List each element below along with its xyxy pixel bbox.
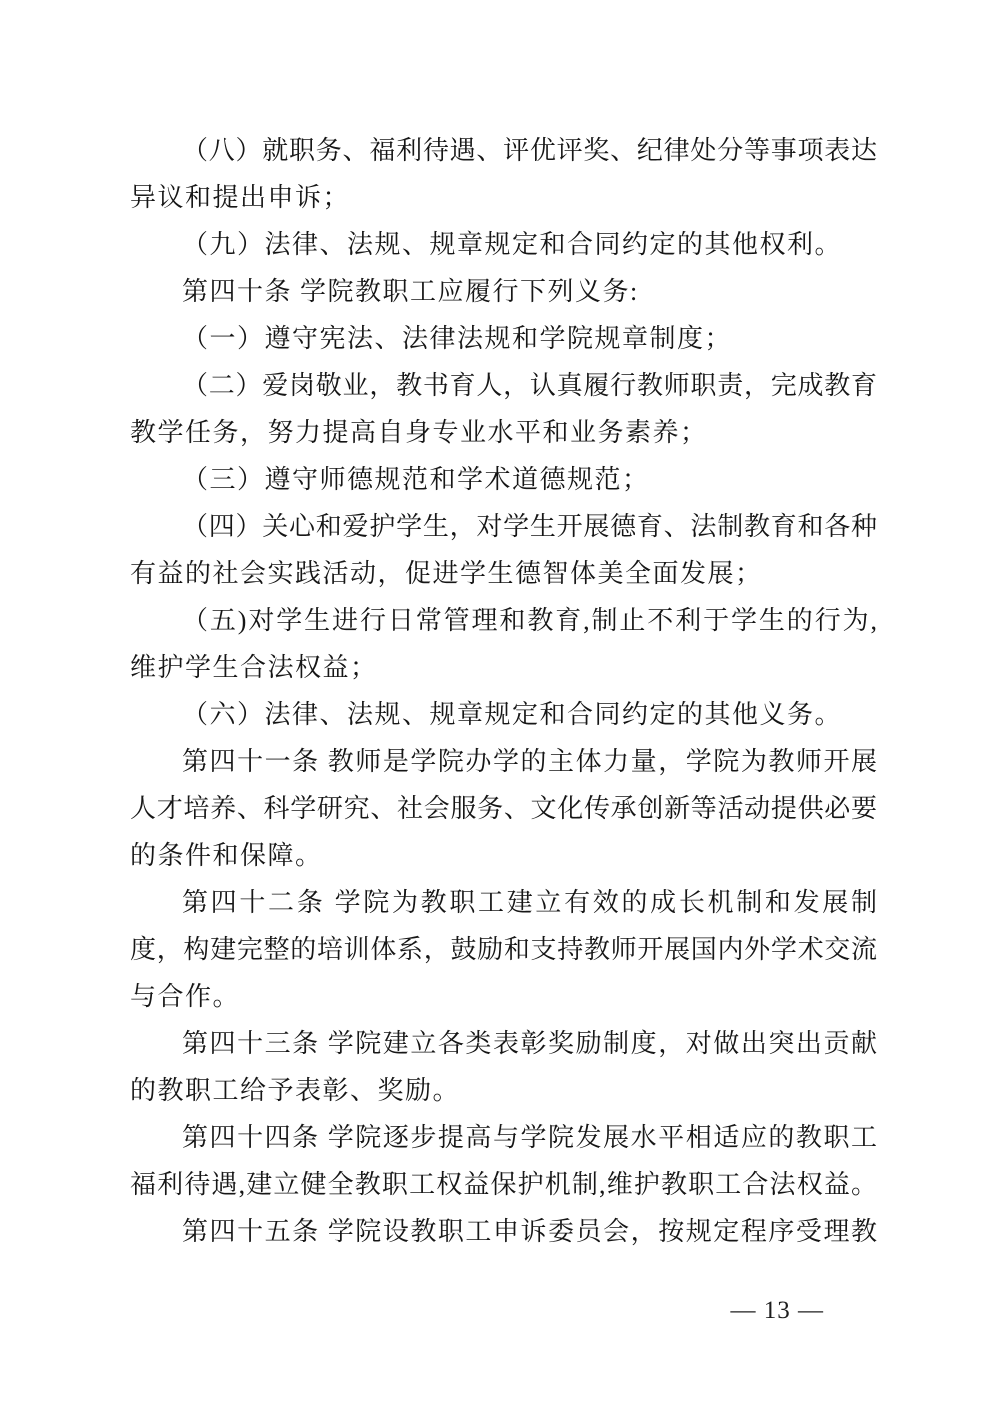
document-line: 的条件和保障。 bbox=[130, 832, 877, 879]
document-line: 度，构建完整的培训体系，鼓励和支持教师开展国内外学术交流 bbox=[130, 926, 877, 973]
page-number: — 13 — bbox=[731, 1296, 825, 1326]
document-line: 维护学生合法权益； bbox=[130, 644, 877, 691]
document-line: （四）关心和爱护学生，对学生开展德育、法制教育和各种 bbox=[130, 503, 877, 550]
document-line: 福利待遇,建立健全教职工权益保护机制,维护教职工合法权益。 bbox=[130, 1161, 877, 1208]
document-line: 教学任务，努力提高自身专业水平和业务素养； bbox=[130, 409, 877, 456]
document-body: （八）就职务、福利待遇、评优评奖、纪律处分等事项表达 异议和提出申诉； （九）法… bbox=[130, 127, 877, 1255]
document-line: 第四十条 学院教职工应履行下列义务: bbox=[130, 268, 877, 315]
document-line: 第四十五条 学院设教职工申诉委员会，按规定程序受理教 bbox=[130, 1208, 877, 1255]
document-line: 第四十三条 学院建立各类表彰奖励制度，对做出突出贡献 bbox=[130, 1020, 877, 1067]
document-line: 第四十四条 学院逐步提高与学院发展水平相适应的教职工 bbox=[130, 1114, 877, 1161]
document-line: （五)对学生进行日常管理和教育,制止不利于学生的行为, bbox=[130, 597, 877, 644]
document-line: 第四十二条 学院为教职工建立有效的成长机制和发展制 bbox=[130, 879, 877, 926]
document-line: （二）爱岗敬业，教书育人，认真履行教师职责，完成教育 bbox=[130, 362, 877, 409]
document-line: 人才培养、科学研究、社会服务、文化传承创新等活动提供必要 bbox=[130, 785, 877, 832]
document-line: （六）法律、法规、规章规定和合同约定的其他义务。 bbox=[130, 691, 877, 738]
document-line: 与合作。 bbox=[130, 973, 877, 1020]
document-line: （九）法律、法规、规章规定和合同约定的其他权利。 bbox=[130, 221, 877, 268]
document-line: （八）就职务、福利待遇、评优评奖、纪律处分等事项表达 bbox=[130, 127, 877, 174]
document-line: （一）遵守宪法、法律法规和学院规章制度； bbox=[130, 315, 877, 362]
document-line: 第四十一条 教师是学院办学的主体力量，学院为教师开展 bbox=[130, 738, 877, 785]
document-line: （三）遵守师德规范和学术道德规范； bbox=[130, 456, 877, 503]
document-page: （八）就职务、福利待遇、评优评奖、纪律处分等事项表达 异议和提出申诉； （九）法… bbox=[0, 0, 1000, 1414]
document-line: 异议和提出申诉； bbox=[130, 174, 877, 221]
document-line: 有益的社会实践活动，促进学生德智体美全面发展； bbox=[130, 550, 877, 597]
document-line: 的教职工给予表彰、奖励。 bbox=[130, 1067, 877, 1114]
